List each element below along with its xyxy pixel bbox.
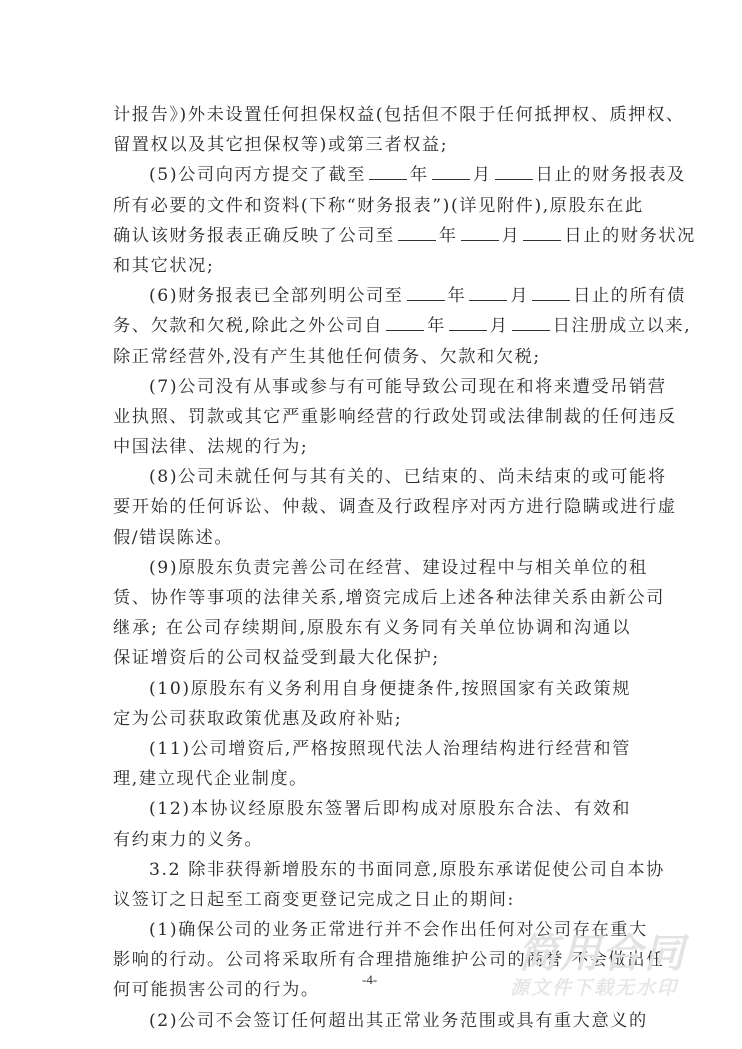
text-line: (9)原股东负责完善公司在经营、建设过程中与相关单位的租	[113, 553, 631, 583]
fill-in-blank	[523, 226, 561, 241]
fill-in-blank	[469, 286, 507, 301]
fill-in-blank	[461, 226, 499, 241]
fill-in-blank	[398, 226, 436, 241]
text-line: 务、欠款和欠税,除此之外公司自年月日注册成立以来,	[113, 311, 631, 341]
fill-in-blank	[449, 316, 487, 331]
text-line: (7)公司没有从事或参与有可能导致公司现在和将来遭受吊销营	[113, 372, 631, 402]
text-line: 中国法律、法规的行为;	[113, 432, 631, 462]
fill-in-blank	[369, 165, 407, 180]
text-line: 和其它状况;	[113, 251, 631, 281]
fill-in-blank	[512, 316, 550, 331]
text-line: (6)财务报表已全部列明公司至年月日止的所有债	[113, 281, 631, 311]
fill-in-blank	[432, 165, 470, 180]
text-line: 业执照、罚款或其它严重影响经营的行政处罚或法律制裁的任何违反	[113, 402, 631, 432]
text-line: 理,建立现代企业制度。	[113, 764, 631, 794]
text-line: 保证增资后的公司权益受到最大化保护;	[113, 643, 631, 673]
text-line: 继承; 在公司存续期间,原股东有义务同有关单位协调和沟通以	[113, 613, 631, 643]
text-line: 3.2 除非获得新增股东的书面同意,原股东承诺促使公司自本协	[113, 855, 631, 885]
text-line: 有约束力的义务。	[113, 825, 631, 855]
page-number: -4-	[362, 972, 377, 988]
fill-in-blank	[532, 286, 570, 301]
text-line: (12)本协议经原股东签署后即构成对原股东合法、有效和	[113, 794, 631, 824]
text-line: 赁、协作等事项的法律关系,增资完成后上述各种法律关系由新公司	[113, 583, 631, 613]
text-line: 留置权以及其它担保权等)或第三者权益;	[113, 130, 631, 160]
text-line: (11)公司增资后,严格按照现代法人治理结构进行经营和管	[113, 734, 631, 764]
document-page: 计报告》)外未设置任何担保权益(包括但不限于任何抵押权、质押权、留置权以及其它担…	[113, 100, 631, 1036]
text-line: 假/错误陈述。	[113, 523, 631, 553]
text-line: (2)公司不会签订任何超出其正常业务范围或具有重大意义的	[113, 1006, 631, 1036]
fill-in-blank	[386, 316, 424, 331]
fill-in-blank	[407, 286, 445, 301]
text-line: 所有必要的文件和资料(下称“财务报表”)(详见附件),原股东在此	[113, 191, 631, 221]
text-line: (5)公司向丙方提交了截至年月日止的财务报表及	[113, 160, 631, 190]
text-line: (10)原股东有义务利用自身便捷条件,按照国家有关政策规	[113, 674, 631, 704]
watermark-subtitle: 源文件下载无水印	[510, 973, 678, 1000]
text-line: 除正常经营外,没有产生其他任何债务、欠款和欠税;	[113, 342, 631, 372]
text-line: 定为公司获取政策优惠及政府补贴;	[113, 704, 631, 734]
text-line: 确认该财务报表正确反映了公司至年月日止的财务状况	[113, 221, 631, 251]
fill-in-blank	[495, 165, 533, 180]
text-line: 要开始的任何诉讼、仲裁、调查及行政程序对丙方进行隐瞒或进行虚	[113, 492, 631, 522]
text-line: (8)公司未就任何与其有关的、已结束的、尚未结束的或可能将	[113, 462, 631, 492]
watermark-title: 简用合同	[518, 922, 686, 979]
text-line: 计报告》)外未设置任何担保权益(包括但不限于任何抵押权、质押权、	[113, 100, 631, 130]
text-line: 议签订之日起至工商变更登记完成之日止的期间:	[113, 885, 631, 915]
